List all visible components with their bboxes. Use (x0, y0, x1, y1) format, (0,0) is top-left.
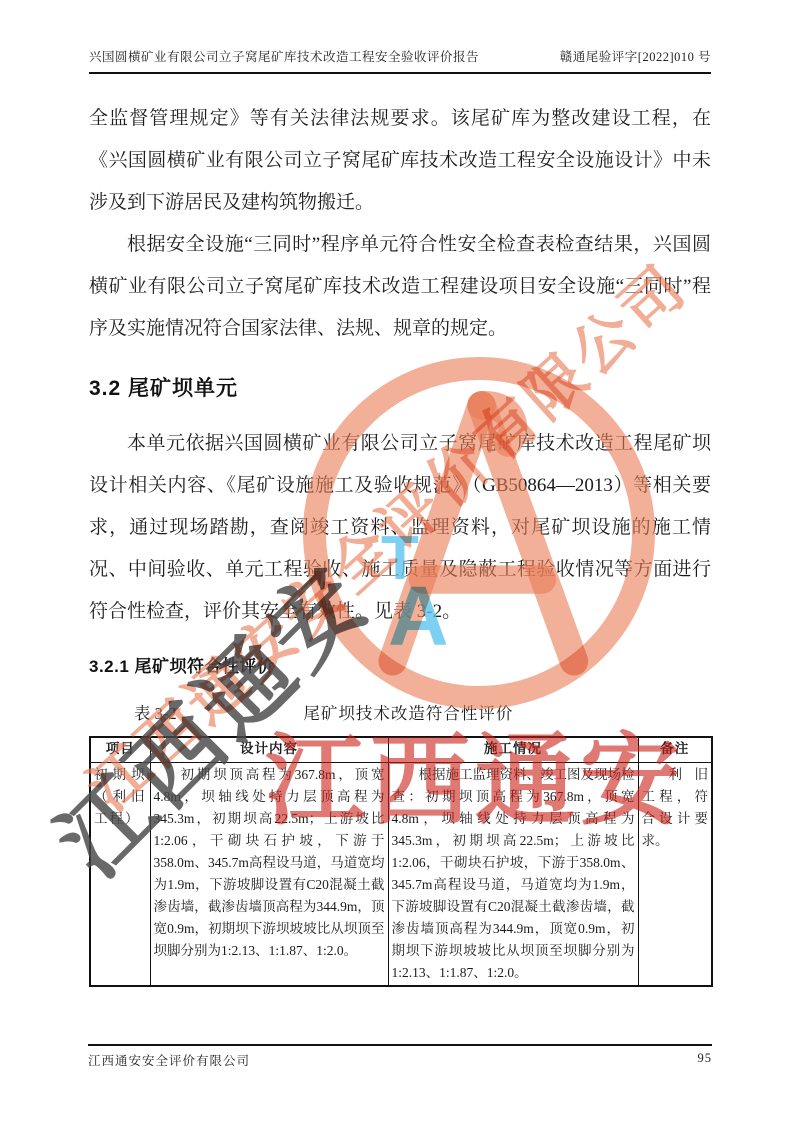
col-header-remark: 备注 (638, 737, 712, 763)
col-header-design: 设计内容 (150, 737, 388, 763)
cell-remark: 利旧工程，符合设计要求。 (638, 763, 712, 987)
section-heading-3-2: 3.2 尾矿坝单元 (89, 372, 711, 402)
cell-item: 初期坝（利旧工程） (90, 763, 150, 987)
page-footer: 江西通安安全评价有限公司 95 (88, 1044, 712, 1069)
cell-construction-status: 根据施工监理资料、竣工图及现场检查：初期坝顶高程为367.8m，顶宽4.8m，坝… (388, 763, 638, 987)
doc-number-text: 赣通尾验评字[2022]010 号 (560, 47, 711, 65)
footer-page-number: 95 (698, 1051, 713, 1069)
report-title-text: 兴国圆横矿业有限公司立子窝尾矿库技术改造工程安全验收评价报告 (89, 47, 479, 65)
paragraph-sanshi: 根据安全设施“三同时”程序单元符合性安全检查表检查结果，兴国圆横矿业有限公司立子… (89, 224, 711, 350)
cell-design-content: 初期坝顶高程为367.8m，顶宽4.8m，坝轴线处持力层顶高程为345.3m，初… (150, 763, 388, 987)
paragraph-unit-basis: 本单元依据兴国圆横矿业有限公司立子窝尾矿库技术改造工程尾矿坝设计相关内容、《尾矿… (89, 423, 711, 633)
subsection-heading-3-2-1: 3.2.1 尾矿坝符合性评价 (89, 652, 711, 677)
table-caption-title: 尾矿坝技术改造符合性评价 (303, 700, 513, 724)
col-header-item: 项目 (90, 737, 150, 763)
paragraph-continuation: 全监督管理规定》等有关法律法规要求。该尾矿库为整改建设工程，在《兴国圆横矿业有限… (89, 98, 711, 224)
footer-company-name: 江西通安安全评价有限公司 (88, 1051, 250, 1069)
table-caption-label: 表 3-2 (134, 704, 177, 723)
table-header-row: 项目 设计内容 施工情况 备注 (90, 737, 712, 763)
document-page: 兴国圆横矿业有限公司立子窝尾矿库技术改造工程安全验收评价报告 赣通尾验评字[20… (0, 0, 800, 1131)
table-caption: 表 3-2 尾矿坝技术改造符合性评价 (89, 700, 711, 726)
table-row: 初期坝（利旧工程） 初期坝顶高程为367.8m，顶宽4.8m，坝轴线处持力层顶高… (90, 763, 712, 987)
compliance-table: 项目 设计内容 施工情况 备注 初期坝（利旧工程） 初期坝顶高程为367.8m，… (89, 736, 713, 987)
page-header: 兴国圆横矿业有限公司立子窝尾矿库技术改造工程安全验收评价报告 赣通尾验评字[20… (89, 0, 711, 74)
col-header-construction: 施工情况 (388, 737, 638, 763)
